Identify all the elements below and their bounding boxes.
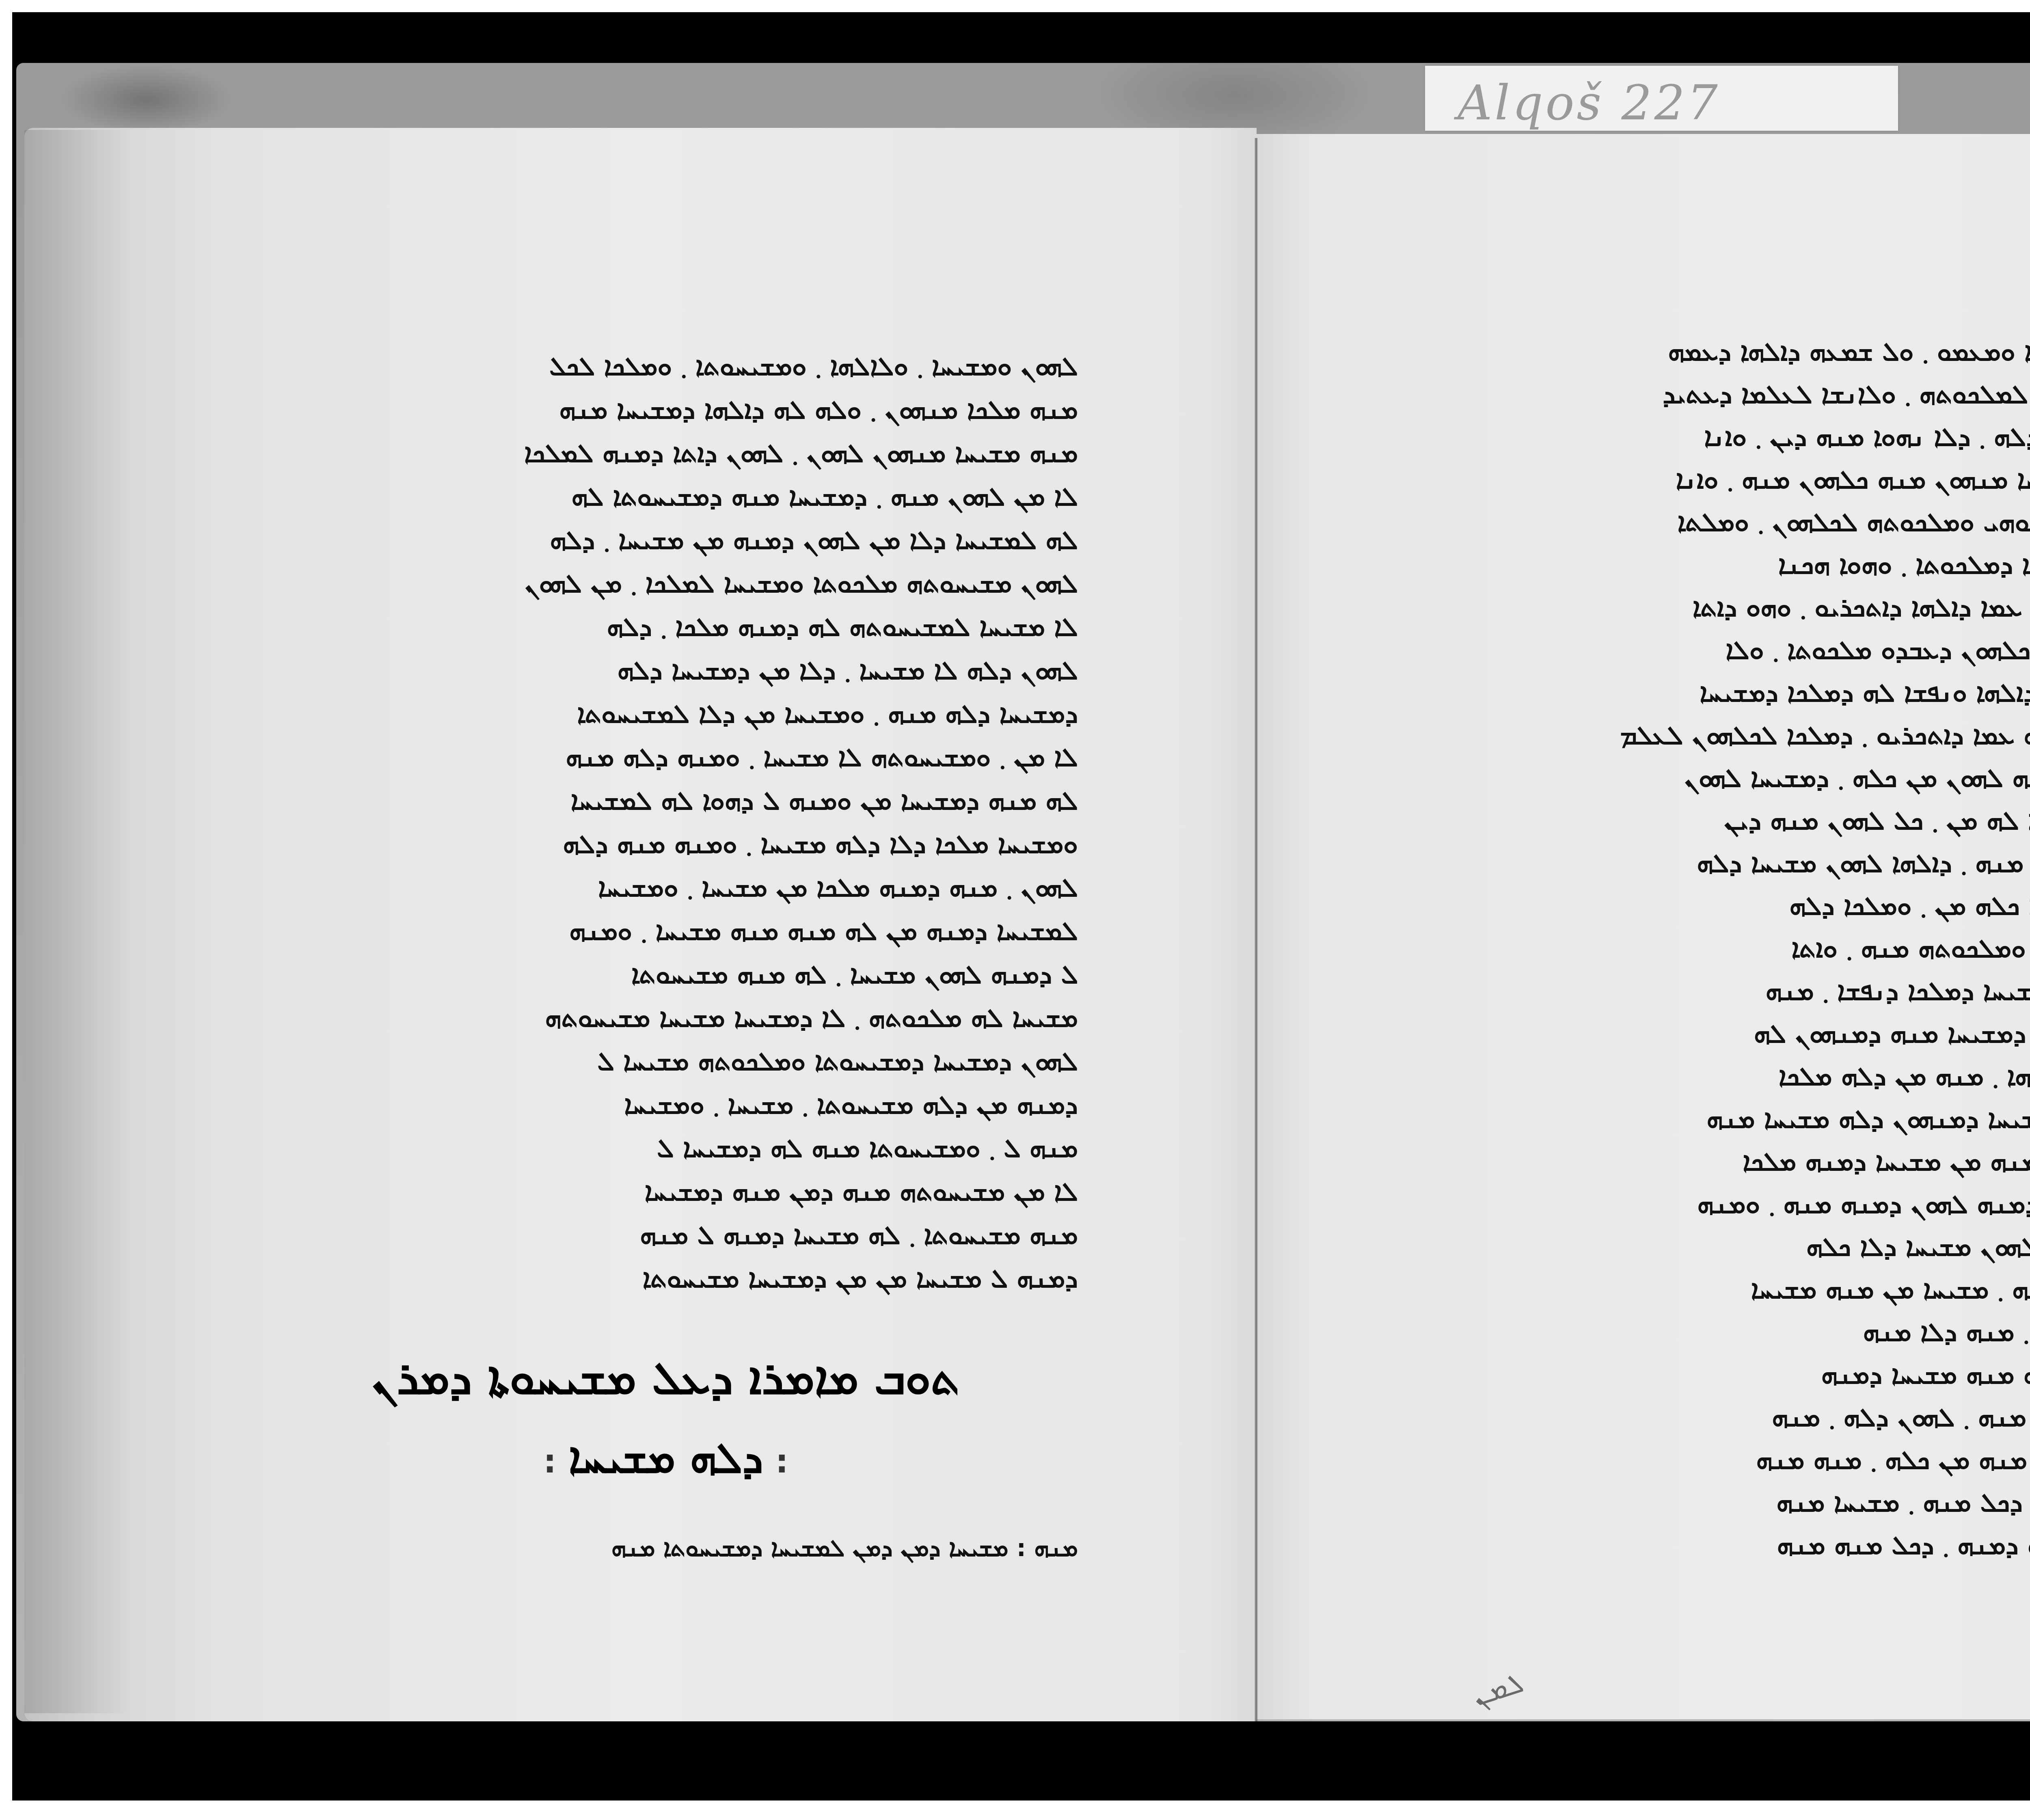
text-line: ܠܗܘܢ ܂ ܡܢܗ ܕܡܢܗ ܡܠܟܐ ܡܢ ܡܫܝܚܐ ܂ ܘܡܫܝܚܐ xyxy=(260,866,1078,910)
text-line: ܕܡܫܝܚܐ ܕܠܗ ܡܢܗ ܂ ܘܡܫܝܚܐ ܡܢ ܕܠܐ ܠܡܫܝܚܘܬܐ xyxy=(260,693,1078,736)
text-line: ܡܢܗ ܠܗܘܢ ܕܡܢܗ ܡܢܗ ܡܢ ܟܠܗ ܂ ܡܢܗ ܡܢܗ xyxy=(1352,1439,2030,1482)
text-line: ܠܐ ܡܢ ܡܫܝܚܘܬܗ ܡܢܗ ܕܡܢ ܡܢܗ ܕܡܫܝܚܐ xyxy=(260,1170,1078,1214)
text-line: ܕܡܢܗ ܕܠܗ ܕܡܢܗ ܡܢܗ ܂ ܠܗܘܢ ܕܠܗ ܂ ܡܢܗ xyxy=(1352,1397,2030,1439)
text-line: ܠܐ ܡܢܗܘܢ ܟܠ ܕܐܠܗܐ ܂ ܡܢܗ ܡܢ ܕܠܗ ܡܠܟܐ xyxy=(1352,1056,2030,1098)
text-line: ܡܫܝܚܐ ܡܢܗ ܡܠܟܐ ܕܡܫܝܚܐ ܡܢܗ ܕܡܢܗܘܢ ܠܗ xyxy=(1352,1013,2030,1056)
text-line: ܡܢܗ ܡܫܝܚܘܬܐ ܂ ܠܗ ܡܫܝܚܐ ܕܡܢܗ ܠ ܡܢܗ xyxy=(260,1214,1078,1257)
text-line: ܠܡܠܟܐ ܂ ܘܡܫܝܚܐ ܕܠܗ ܂ ܕܠܐ ܢܗܘܐ ܡܢܗ ܕܝܢ ܂ … xyxy=(1352,416,2030,459)
text-line: ܡܢܟܘܢ ܂ ܕܡܢܗ ܡܫܝܚܐ ܕܡܢܗܘܢ ܕܠܗ ܡܫܝܚܐ ܡܢܗ xyxy=(1352,1098,2030,1141)
text-line: ܡܢܗ ܡܠܟܐ ܡܢܗܘܢ ܂ ܘܠܗ ܠܗ ܕܐܠܗܐ ܕܡܫܝܚܐ ܡܢܗ xyxy=(260,389,1078,432)
text-line: ܠܗܘܢ ܕܡܫܝܚܐ ܕܡܫܝܚܘܬܐ ܘܡܠܟܘܬܗ ܡܫܝܚܐ ܠ xyxy=(260,1040,1078,1084)
rubric-title: ܬܘܒ ܡܐܡܪܐ ܕܥܠ ܡܫܝܚܘܬܐ ܕܡܪܢ xyxy=(260,1352,1072,1405)
text-line: ܕܡܫܝܚܐ ܠܗ ܠܟܠܗ ܥܡܐ ܕܐܠܗܐ ܕܐܬܟܪܝܘ ܂ ܘܗܘ ܕ… xyxy=(1352,587,2030,629)
text-line: ܡܢܗ ܟܠܗ ܂ ܘܡܢܗ ܡܢܗ ܂ ܕܐܠܗܐ ܠܗܘܢ ܡܫܝܚܐ ܕܠ… xyxy=(1352,842,2030,885)
catalog-label: Alqoš 227 xyxy=(1425,66,1898,131)
text-line: ܠܐ ܡܢ ܂ ܘܡܫܝܚܘܬܗ ܠܐ ܡܫܝܚܐ ܂ ܘܡܢܗ ܕܠܗ ܡܢܗ xyxy=(260,736,1078,779)
book-spine xyxy=(1255,138,1258,1721)
text-line: ܠܗܘܢ ܡܫܝܚܘܬܗ ܡܠܟܘܬܐ ܘܡܫܝܚܐ ܠܡܠܟܐ ܂ ܡܢ ܠܗ… xyxy=(260,562,1078,606)
text-line: ܠܐ ܡܫܝܚܐ ܠܡܫܝܚܘܬܗ ܠܗ ܕܡܢܗ ܡܠܟܐ ܂ ܕܠܗ xyxy=(260,606,1078,649)
text-line: ܠܗܘܢ ܘܡܫܝܚܐ ܂ ܘܠܐܠܗܐ ܂ ܘܡܫܝܚܘܬܐ ܂ ܘܡܠܟܐ … xyxy=(260,345,1078,389)
rubric-subtitle-text: ܕܠܗ ܡܫܝܚܐ xyxy=(568,1433,763,1483)
left-page-text-block: ܠܗܘܢ ܘܡܫܝܚܐ ܂ ܘܠܐܠܗܐ ܂ ܘܡܫܝܚܘܬܐ ܂ ܘܡܠܟܐ … xyxy=(260,345,1078,1301)
text-line: ܡܫܝܚܘܬܗ ܘܥܠܡܐ ܘܡܠܟܘܬܗ ܡܢܗ ܂ ܘܐܬܐ xyxy=(1352,928,2030,970)
text-line: ܘܡܢܗ ܠܗܘܢ ܘܟܠܗ ܥܡܐ ܕܐܬܟܪܝܘ ܂ ܕܡܠܟܐ ܠܟܠܗܘ… xyxy=(1352,715,2030,757)
text-line: ܕܗܘ ܡܢܗܘܢ ܂ ܡܢܗ ܡܢܗ ܡܫܝܚܐ ܕܡܢܗ xyxy=(1352,1354,2030,1397)
rubric-separator-left: : xyxy=(763,1442,801,1480)
text-line: ܕܐܠܗܐ ܂ ܘܡܢܗ ܕܠܐ ܟܠܗ ܡܢ ܂ ܘܡܠܟܐ ܕܠܗ xyxy=(1352,885,2030,928)
text-line: ܡܢܗ ܠܗܘܢ ܕܐܠܗܐ ܠܡܠܟܘܬܗ ܂ ܘܠܐܢܫܐ ܠܥܠܡܐ ܕܥ… xyxy=(1352,373,2030,416)
text-line: ܡܢܗ ܠ ܂ ܘܡܫܝܚܘܬܐ ܡܢܗ ܠܗ ܕܡܫܝܚܐ ܠ xyxy=(260,1127,1078,1170)
text-line: ܠܗ ܡܢ ܟܠܗ ܂ ܠܐ ܡܢܗ ܡܢ ܡܫܝܚܐ ܕܡܢܗ ܡܠܟܐ xyxy=(1352,1141,2030,1183)
text-line: ܘܠܗ ܡܢܗ ܕܡܢܗ ܠܗܘܢ ܡܫܝܚܐ ܕܠܐ ܟܠܗ xyxy=(1352,1226,2030,1269)
text-line: ܠܗ ܠܡܫܝܚܐ ܕܠܐ ܡܢ ܠܗܘܢ ܕܡܢܗ ܡܢ ܡܫܝܚܐ ܂ ܕܠ… xyxy=(260,519,1078,562)
text-line: ܠܗܘ ܡܢ ܡܕܡ ܕܐܬܐ ܘܡܥܡܘ ܂ ܘܠ ܫܡܥܗ ܕܐܠܗܐ ܕܥ… xyxy=(1352,331,2030,373)
text-line: ܕܡܢܗ ܠ ܡܫܝܚܐ ܡܢ ܡܢ ܕܡܫܝܚܐ ܡܫܝܚܘܬܐ xyxy=(260,1257,1078,1301)
text-line: ܕܡܢܗ ܡܢ ܕܠܗ ܡܫܝܚܘܬܐ ܂ ܡܫܝܚܐ ܂ ܘܡܫܝܚܐ xyxy=(260,1084,1078,1127)
text-line: ܡܢܗ : ܡܫܝܚܐ ܕܡܢ ܕܡܢ ܠܡܫܝܚܐ ܕܡܫܝܚܘܬܐ ܡܢܗ xyxy=(260,1526,1078,1570)
text-line: ܡܫܝܚܐ ܕܡܠܟܐ ܘܐܢܐ ܠܗ ܡܢ ܂ ܟܠ ܠܗܘܢ ܡܢܗ ܕܝܢ xyxy=(1352,800,2030,842)
text-line: ܠܐ ܡܢ ܠܗܘܢ ܡܢܗ ܂ ܕܡܫܝܚܐ ܡܢܗ ܕܡܫܝܚܘܬܐ ܠܗ xyxy=(260,475,1078,519)
right-page-text-block: ܠܗܘ ܡܢ ܡܕܡ ܕܐܬܐ ܘܡܥܡܘ ܂ ܘܠ ܫܡܥܗ ܕܐܠܗܐ ܕܥ… xyxy=(1352,331,2030,1567)
left-page-edge-shadow xyxy=(24,130,130,1713)
text-line: ܡܫܝܚܐ ܠܗ ܡܠܟܘܬܗ ܂ ܠܐ ܕܡܫܝܚܐ ܡܫܝܚܐ ܡܫܝܚܘܬ… xyxy=(260,997,1078,1040)
text-line: ܕܐܬܐ ܡܢܗ ܂ ܕܡܫܝܚܐ ܡܢܗܘܢ ܡܢܗ ܟܠܗܘܢ ܡܢܗ ܂ … xyxy=(1352,459,2030,501)
text-line: ܠܡܫܝܚܐ ܕܡܢܗ ܡܢ ܠܗ ܡܢܗ ܡܢܗ ܡܫܝܚܐ ܂ ܘܡܢܗ xyxy=(260,910,1078,953)
rubric-separator-right: : xyxy=(531,1442,568,1480)
text-line: ܡܢ ܡܫܝܚܘܬܐ ܂ ܡܢܗ ܠܗܘܢ ܡܢ ܟܠܗ ܂ ܕܡܫܝܚܐ ܠܗ… xyxy=(1352,757,2030,800)
text-line: ܕܡܫܝܚܐ ܡܠܟܐ ܡܢ ܟܠܗܘܢ ܕܥܒܕܘ ܡܠܟܘܬܐ ܂ ܘܠܐ xyxy=(1352,629,2030,672)
text-line: ܟܠܗܘܢ ܕܝܢ ܥܒܕܐ ܕܐܠܗܐ ܘܢܦܫܐ ܠܗ ܕܡܠܟܐ ܕܡܫܝ… xyxy=(1352,672,2030,715)
text-line: ܠܗܘܢ ܕܠܗ ܠܐ ܡܫܝܚܐ ܂ ܕܠܐ ܡܢ ܕܡܫܝܚܐ ܕܠܗ xyxy=(260,649,1078,693)
left-page-last-line: ܡܢܗ : ܡܫܝܚܐ ܕܡܢ ܕܡܢ ܠܡܫܝܚܐ ܕܡܫܝܚܘܬܐ ܡܢܗ xyxy=(260,1526,1078,1570)
text-line: ܡܢܗ ܕܠܐ ܡܢܗ ܡܢܗ ܂ ܡܫܝܚܐ ܡܢ ܡܢܗ ܡܫܝܚܐ xyxy=(1352,1269,2030,1311)
text-line: ܠܗ ܡܢܗ ܕܡܫܝܚܐ ܡܢ ܘܡܢܗ ܠ ܕܗܘܐ ܠܗ ܠܡܫܝܚܐ xyxy=(260,779,1078,823)
text-line: ܡܢ ܡܠܟܐ ܕܐܠܗܐ ܡܫܝܚܐ ܕܡܠܟܐ ܕܢܦܫܐ ܂ ܡܢܗ xyxy=(1352,970,2030,1013)
text-line: ܡܢܗ ܡܢ ܡܢ ܠܟܠ ܂ ܡܢܗ ܕܠܐ ܡܢܗ xyxy=(1352,1311,2030,1354)
rubric-subtitle: :ܕܠܗ ܡܫܝܚܐ: xyxy=(260,1433,1072,1483)
catalog-label-text: Alqoš 227 xyxy=(1458,75,1720,131)
text-line: ܡܢܗ ܡܫܝܚܐ ܡܢܗܘܢ ܠܗܘܢ ܂ ܠܗܘܢ ܕܐܬܐ ܕܡܢܗ ܠܡ… xyxy=(260,432,1078,475)
text-line: ܡܢܗ ܂ ܕܡܫܝܚܐ ܥܠܘܗܝ ܘܡܠܟܘܬܗ ܠܟܠܗܘܢ ܂ ܘܡܠܬ… xyxy=(1352,501,2030,544)
text-line: ܘܡܫܝܚܐ ܡܠܟܐ ܕܠܐ ܕܠܗ ܡܫܝܚܐ ܂ ܘܡܢܗ ܡܢܗ ܕܠܗ xyxy=(260,823,1078,866)
text-line: ܡܫܝܚܐ ܢܦܫܐ ܕܡܠܟܐ ܕܡܠܟܘܬܐ ܂ ܘܗܘܐ ܗܟܢܐ xyxy=(1352,544,2030,587)
text-line: ܠ ܕܡܢܗ ܠܗܘܢ ܡܫܝܚܐ ܂ ܠܗ ܡܢܗ ܡܫܝܚܘܬܐ xyxy=(260,953,1078,997)
text-line: ܡܫܝܚܘܬܗ ܂ ܕܠܗ ܕܡܢܗ ܠܗܘܢ ܕܡܢܗ ܡܢܗ ܂ ܘܡܢܗ xyxy=(1352,1183,2030,1226)
text-line: ܠܗܘܢ ܡܫܝܚܐ ܡܢܗ ܕܟܠ ܡܢܗ ܂ ܡܫܝܚܐ ܡܢܗ xyxy=(1352,1482,2030,1524)
text-line: ܕܡܫܝܚܐ ܡܢܗ ܡܢܗ ܕܡܢܗ ܂ ܕܟܠ ܡܢܗ ܡܢܗ xyxy=(1352,1524,2030,1567)
